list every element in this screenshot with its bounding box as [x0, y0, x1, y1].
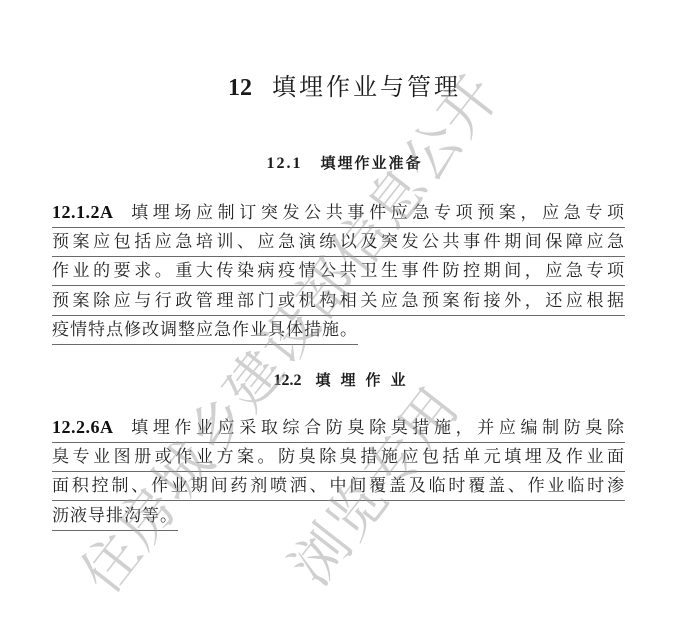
clause-line: 沥液导排沟等。 [52, 503, 625, 533]
clause-text: 填埋场应制订突发公共事件应急专项预案，应急专项 [128, 203, 626, 223]
clause-line: 12.2.6A填埋作业应采取综合防臭除臭措施，并应编制防臭除 [52, 414, 625, 444]
section-number: 12.1 [266, 155, 302, 172]
section-number: 12.2 [273, 372, 301, 389]
document-page: 12填埋作业与管理 12.1填埋作业准备 12.1.2A填埋场应制订突发公共事件… [0, 0, 689, 632]
chapter-number: 12 [228, 75, 252, 101]
clause-text: 臭专业图册或作业方案。防臭除臭措施应包括单元填埋及作业面 [52, 444, 625, 472]
clause-12-2-6a: 12.2.6A填埋作业应采取综合防臭除臭措施，并应编制防臭除 臭专业图册或作业方… [52, 414, 625, 532]
clause-line: 臭专业图册或作业方案。防臭除臭措施应包括单元填埋及作业面 [52, 444, 625, 474]
clause-line: 疫情特点修改调整应急作业具体措施。 [52, 317, 625, 347]
clause-text: 疫情特点修改调整应急作业具体措施。 [52, 317, 358, 345]
clause-line: 12.1.2A填埋场应制订突发公共事件应急专项预案，应急专项 [52, 199, 625, 229]
clause-number: 12.2.6A [52, 417, 114, 437]
clause-number: 12.1.2A [52, 202, 114, 222]
clause-line: 预案应包括应急培训、应急演练以及突发公共事件期间保障应急 [52, 229, 625, 259]
clause-text: 预案除应与行政管理部门或机构相关应急预案衔接外，还应根据 [52, 288, 625, 316]
clause-text: 面积控制、作业期间药剂喷洒、中间覆盖及临时覆盖、作业临时渗 [52, 473, 625, 501]
clause-12-1-2a: 12.1.2A填埋场应制订突发公共事件应急专项预案，应急专项 预案应包括应急培训… [52, 199, 625, 347]
clause-text: 填埋作业应采取综合防臭除臭措施，并应编制防臭除 [128, 418, 626, 438]
chapter-title: 12填埋作业与管理 [0, 70, 689, 105]
section-title-text: 填埋作业 [315, 371, 415, 389]
section-title-text: 填埋作业准备 [320, 154, 422, 172]
clause-text: 预案应包括应急培训、应急演练以及突发公共事件期间保障应急 [52, 229, 625, 257]
clause-text: 作业的要求。重大传染病疫情公共卫生事件防控期间，应急专项 [52, 258, 625, 286]
section-heading-12-1: 12.1填埋作业准备 [0, 152, 689, 175]
clause-line: 作业的要求。重大传染病疫情公共卫生事件防控期间，应急专项 [52, 258, 625, 288]
clause-text: 沥液导排沟等。 [52, 503, 178, 531]
chapter-title-text: 填埋作业与管理 [272, 73, 461, 101]
clause-line: 面积控制、作业期间药剂喷洒、中间覆盖及临时覆盖、作业临时渗 [52, 473, 625, 503]
section-heading-12-2: 12.2填埋作业 [0, 369, 689, 392]
clause-line: 预案除应与行政管理部门或机构相关应急预案衔接外，还应根据 [52, 288, 625, 318]
